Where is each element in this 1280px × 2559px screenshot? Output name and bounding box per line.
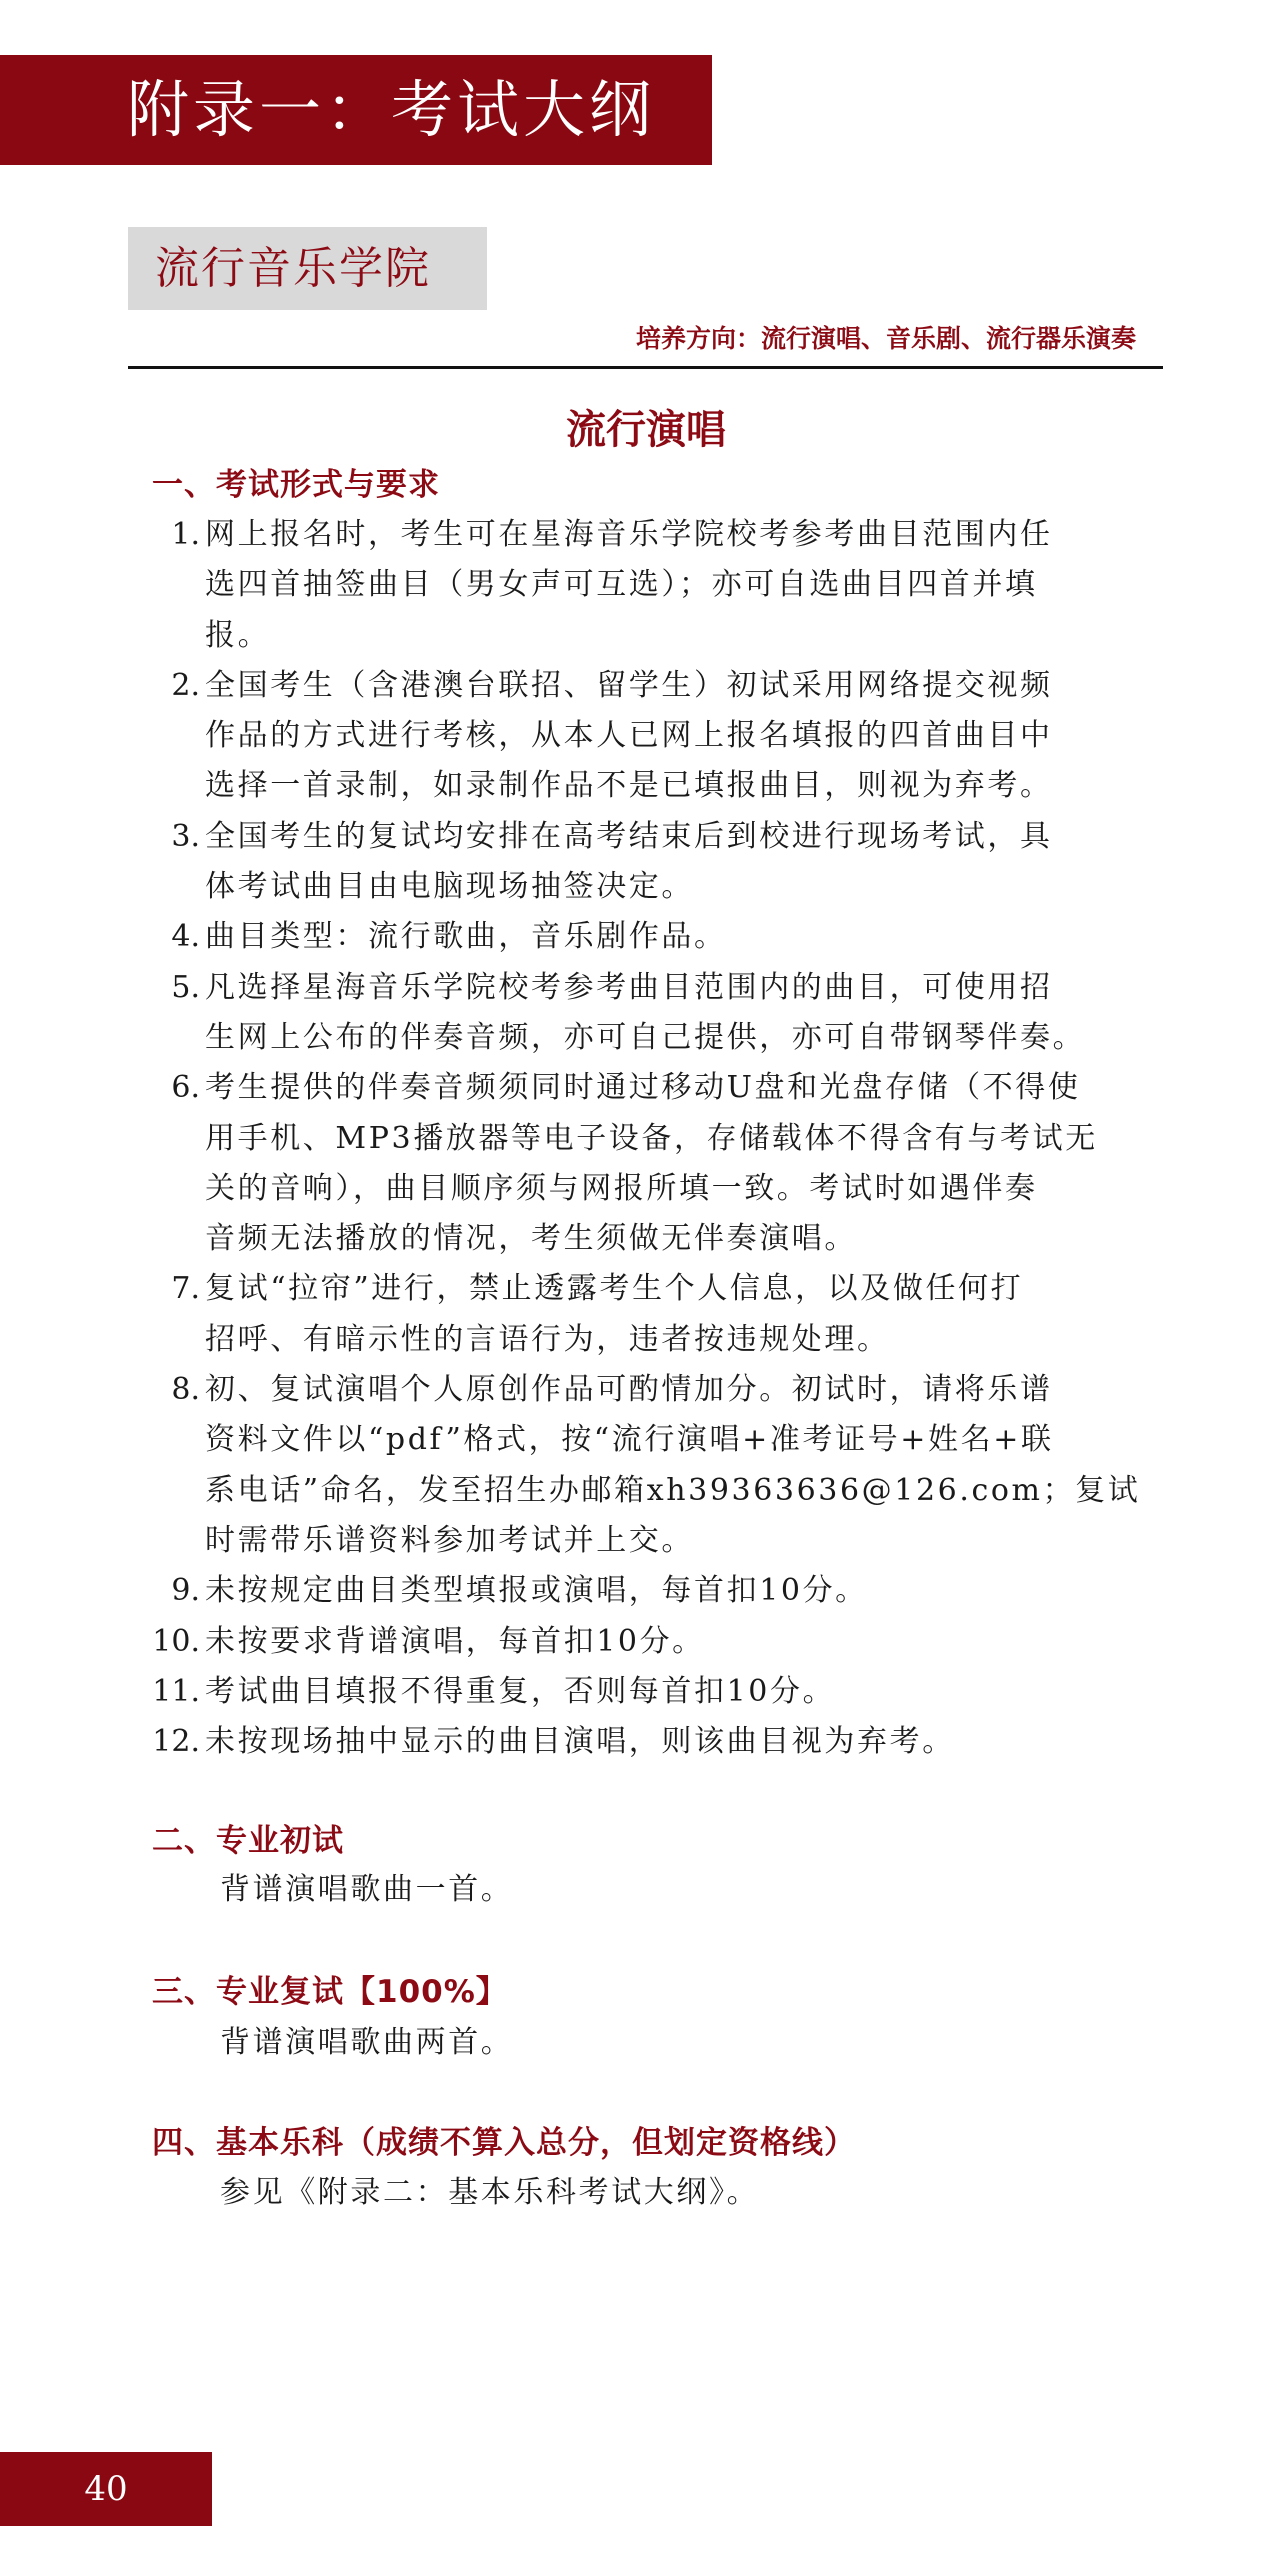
college-name: 流行音乐学院 (155, 227, 431, 310)
item-line: 体考试曲目由电脑现场抽签决定。 (205, 862, 1280, 912)
item-number: 5. (0, 963, 200, 1013)
item-number: 2. (0, 661, 200, 711)
section-heading-preliminary: 二、专业初试 (152, 1819, 344, 1863)
item-line: 选四首抽签曲目（男女声可互选）；亦可自选曲目四首并填 (205, 560, 1280, 610)
list-item: 4. 曲目类型：流行歌曲，音乐剧作品。 (0, 912, 1280, 962)
training-direction: 培养方向：流行演唱、音乐剧、流行器乐演奏 (636, 321, 1136, 357)
section-heading-retest: 三、专业复试【100%】 (152, 1970, 508, 2014)
appendix-banner: 附录一：考试大纲 (0, 55, 712, 165)
item-number: 9. (0, 1566, 200, 1616)
item-line: 生网上公布的伴奏音频，亦可自己提供，亦可自带钢琴伴奏。 (205, 1013, 1280, 1063)
page-number: 40 (0, 2452, 212, 2526)
list-item: 10. 未按要求背谱演唱，每首扣10分。 (0, 1617, 1280, 1667)
item-line: 选择一首录制，如录制作品不是已填报曲目，则视为弃考。 (205, 761, 1280, 811)
item-number: 7. (0, 1264, 200, 1314)
college-label-box: 流行音乐学院 (128, 227, 487, 310)
list-item: 8. 初、复试演唱个人原创作品可酌情加分。初试时，请将乐谱 资料文件以“pdf”… (0, 1365, 1280, 1566)
item-line: 报。 (205, 611, 1280, 661)
list-item: 11. 考试曲目填报不得重复，否则每首扣10分。 (0, 1667, 1280, 1717)
list-item: 9. 未按规定曲目类型填报或演唱，每首扣10分。 (0, 1566, 1280, 1616)
item-number: 8. (0, 1365, 200, 1415)
item-number: 3. (0, 812, 200, 862)
section-body-preliminary: 背谱演唱歌曲一首。 (220, 1868, 513, 1912)
item-line: 初、复试演唱个人原创作品可酌情加分。初试时，请将乐谱 (205, 1365, 1280, 1415)
item-line: 时需带乐谱资料参加考试并上交。 (205, 1516, 1280, 1566)
list-item: 1. 网上报名时，考生可在星海音乐学院校考参考曲目范围内任 选四首抽签曲目（男女… (0, 510, 1280, 661)
item-line: 用手机、MP3播放器等电子设备，存储载体不得含有与考试无 (205, 1114, 1280, 1164)
item-line: 全国考生的复试均安排在高考结束后到校进行现场考试，具 (205, 812, 1280, 862)
item-line: 考生提供的伴奏音频须同时通过移动U盘和光盘存储（不得使 (205, 1063, 1280, 1113)
requirements-list: 1. 网上报名时，考生可在星海音乐学院校考参考曲目范围内任 选四首抽签曲目（男女… (0, 510, 1280, 1767)
item-line: 复试“拉帘”进行，禁止透露考生个人信息，以及做任何打 (205, 1264, 1280, 1314)
section-body-retest: 背谱演唱歌曲两首。 (220, 2021, 513, 2065)
item-line: 关的音响），曲目顺序须与网报所填一致。考试时如遇伴奏 (205, 1164, 1280, 1214)
item-line: 全国考生（含港澳台联招、留学生）初试采用网络提交视频 (205, 661, 1280, 711)
item-line: 凡选择星海音乐学院校考参考曲目范围内的曲目，可使用招 (205, 963, 1280, 1013)
section-body-basic-theory: 参见《附录二：基本乐科考试大纲》。 (220, 2171, 759, 2215)
list-item: 3. 全国考生的复试均安排在高考结束后到校进行现场考试，具 体考试曲目由电脑现场… (0, 812, 1280, 913)
item-line: 音频无法播放的情况，考生须做无伴奏演唱。 (205, 1214, 1280, 1264)
item-line: 作品的方式进行考核，从本人已网上报名填报的四首曲目中 (205, 711, 1280, 761)
item-number: 4. (0, 912, 200, 962)
major-title: 流行演唱 (0, 405, 1280, 455)
item-line: 未按规定曲目类型填报或演唱，每首扣10分。 (205, 1566, 1280, 1616)
section-heading-exam-format: 一、考试形式与要求 (152, 463, 440, 507)
item-number: 6. (0, 1063, 200, 1113)
item-line: 考试曲目填报不得重复，否则每首扣10分。 (205, 1667, 1280, 1717)
item-line: 曲目类型：流行歌曲，音乐剧作品。 (205, 912, 1280, 962)
list-item: 5. 凡选择星海音乐学院校考参考曲目范围内的曲目，可使用招 生网上公布的伴奏音频… (0, 963, 1280, 1064)
item-line: 招呼、有暗示性的言语行为，违者按违规处理。 (205, 1315, 1280, 1365)
item-line: 未按现场抽中显示的曲目演唱，则该曲目视为弃考。 (205, 1717, 1280, 1767)
list-item: 7. 复试“拉帘”进行，禁止透露考生个人信息，以及做任何打 招呼、有暗示性的言语… (0, 1264, 1280, 1365)
item-number: 11. (0, 1667, 200, 1717)
item-line: 未按要求背谱演唱，每首扣10分。 (205, 1617, 1280, 1667)
item-number: 12. (0, 1717, 200, 1767)
banner-title: 附录一：考试大纲 (127, 55, 655, 165)
item-number: 1. (0, 510, 200, 560)
list-item: 12. 未按现场抽中显示的曲目演唱，则该曲目视为弃考。 (0, 1717, 1280, 1767)
item-line: 资料文件以“pdf”格式，按“流行演唱+准考证号+姓名+联 (205, 1415, 1280, 1465)
section-heading-basic-theory: 四、基本乐科（成绩不算入总分，但划定资格线） (152, 2121, 856, 2165)
list-item: 6. 考生提供的伴奏音频须同时通过移动U盘和光盘存储（不得使 用手机、MP3播放… (0, 1063, 1280, 1264)
page-number-box: 40 (0, 2452, 212, 2526)
item-number: 10. (0, 1617, 200, 1667)
item-line-email: 系电话”命名，发至招生办邮箱xh39363636@126.com；复试 (205, 1466, 1280, 1516)
list-item: 2. 全国考生（含港澳台联招、留学生）初试采用网络提交视频 作品的方式进行考核，… (0, 661, 1280, 812)
header-divider (128, 366, 1163, 369)
major-title-text: 流行演唱 (566, 407, 726, 453)
item-line: 网上报名时，考生可在星海音乐学院校考参考曲目范围内任 (205, 510, 1280, 560)
